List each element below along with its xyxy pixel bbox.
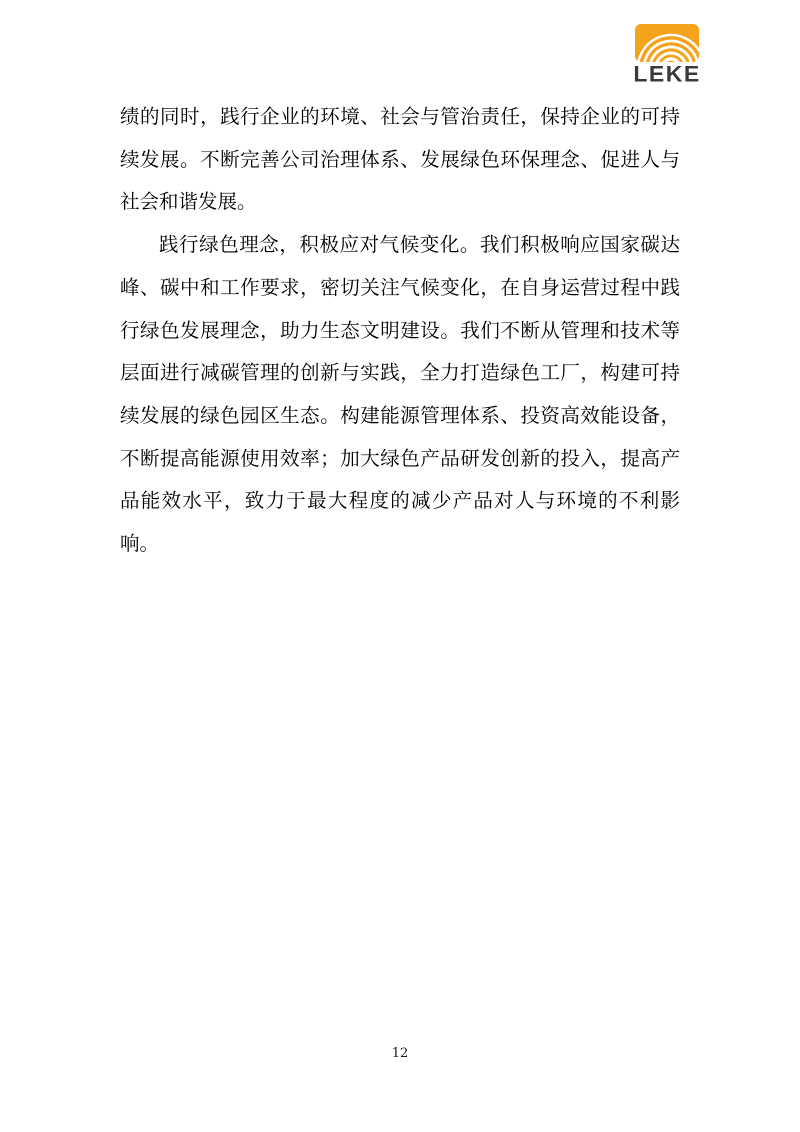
paragraph-1: 绩的同时，践行企业的环境、社会与管治责任，保持企业的可持续发展。不断完善公司治理… [120, 96, 680, 224]
document-body: 绩的同时，践行企业的环境、社会与管治责任，保持企业的可持续发展。不断完善公司治理… [120, 96, 680, 566]
document-page: LEKE 绩的同时，践行企业的环境、社会与管治责任，保持企业的可持续发展。不断完… [0, 0, 800, 1132]
leke-logo-icon [635, 24, 699, 62]
page-number: 12 [0, 1046, 800, 1061]
leke-logo-text: LEKE [633, 64, 701, 86]
paragraph-2: 践行绿色理念，积极应对气候变化。我们积极响应国家碳达峰、碳中和工作要求，密切关注… [120, 224, 680, 566]
leke-logo: LEKE [633, 24, 701, 86]
